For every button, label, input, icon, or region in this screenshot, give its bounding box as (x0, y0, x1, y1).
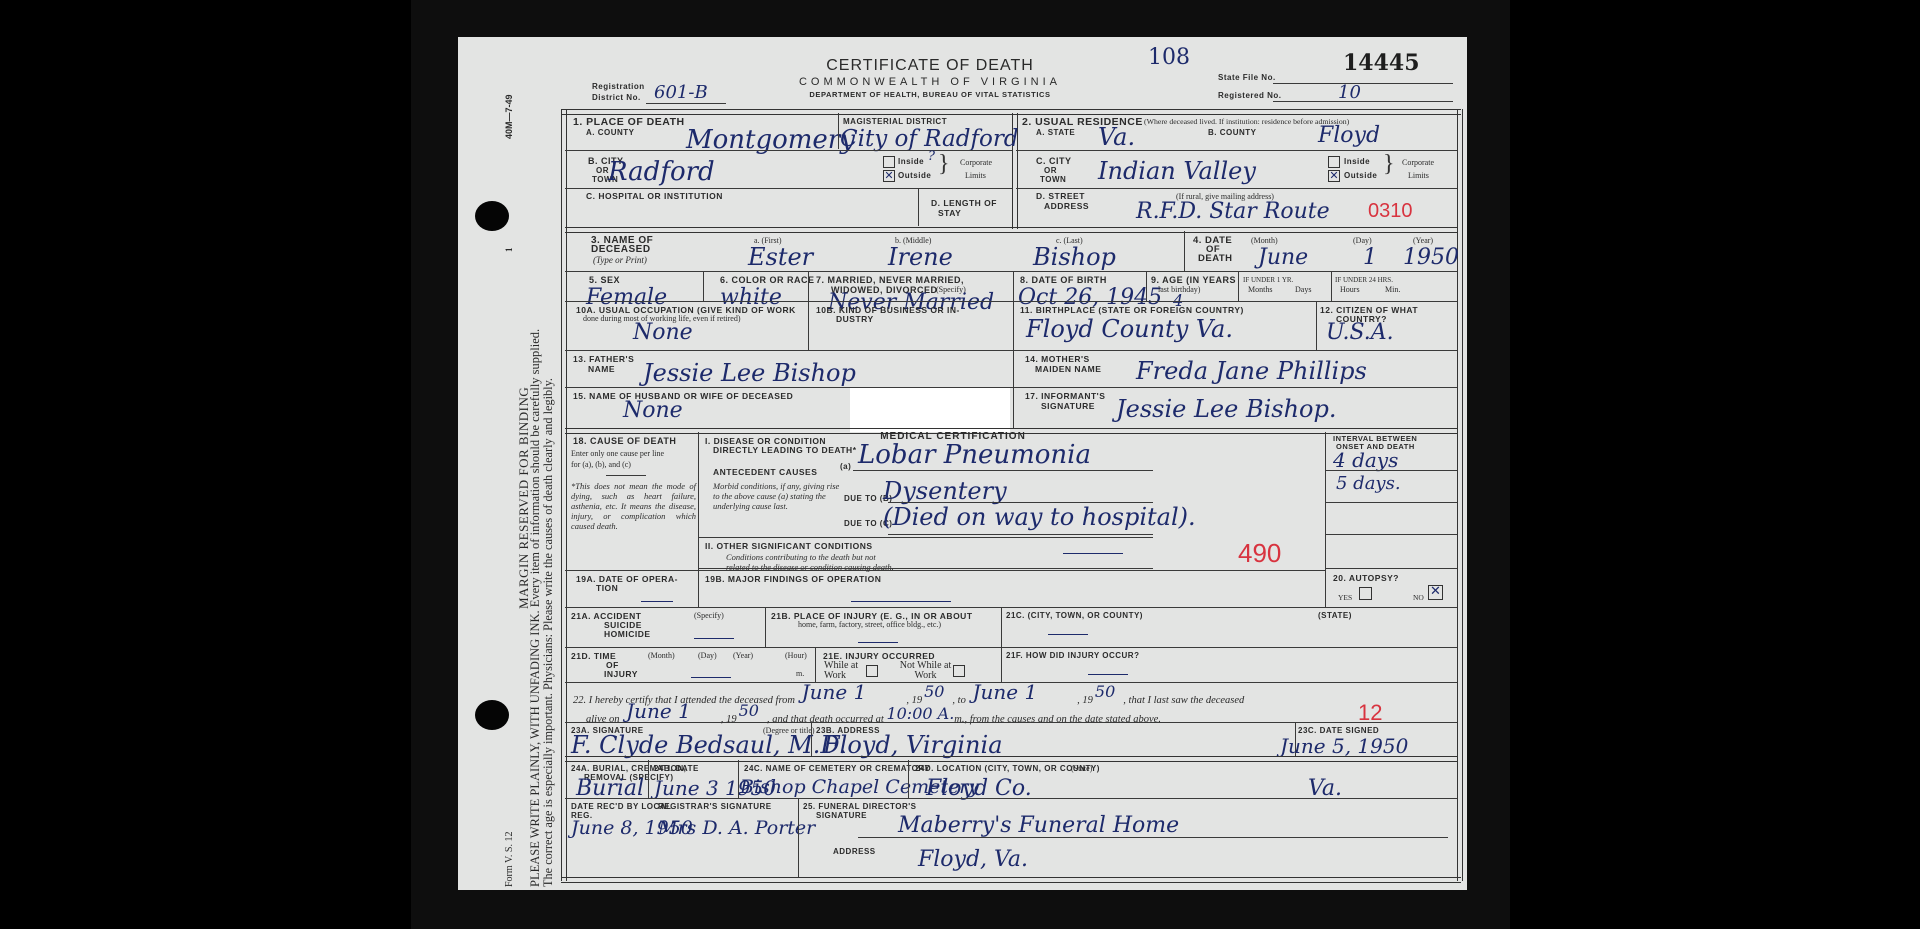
last-seen-alive: June 1 (622, 699, 721, 723)
date-signed: June 5, 1950 (1280, 736, 1408, 756)
interval-b: 5 days. (1336, 475, 1401, 493)
cause-a: Lobar Pneumonia (858, 442, 1091, 468)
spouse-name: None (623, 400, 683, 422)
burial-location: Floyd Co. (926, 778, 1032, 800)
cause-footnote: *This does not mean the mode of dying, s… (571, 481, 696, 531)
district-label: District No. (592, 93, 641, 103)
autopsy-no-checkbox[interactable]: ✕ (1428, 585, 1443, 600)
residence-state: Va. (1098, 125, 1135, 149)
death-day: 1 (1363, 247, 1377, 269)
attended-to: June 1 (968, 680, 1077, 704)
outside-limits-checkbox[interactable]: ✕ (883, 170, 895, 182)
father-name: Jessie Lee Bishop (643, 361, 856, 385)
department-name: Department of Health, Bureau of Vital St… (730, 90, 1130, 99)
death-city: Radford (608, 159, 715, 185)
not-while-at-work-checkbox[interactable] (953, 665, 965, 677)
physician-address: Floyd, Virginia (823, 733, 1003, 757)
state-file-label: State File No. (1218, 73, 1276, 83)
binding-hole (475, 700, 509, 730)
funeral-home-address: Floyd, Va. (918, 849, 1028, 871)
last-name: Bishop (1033, 245, 1116, 269)
certification-code: 12 (1358, 702, 1382, 724)
registration-label: Registration (592, 82, 645, 92)
funeral-home: Maberry's Funeral Home (898, 815, 1179, 837)
mother-maiden-name: Freda Jane Phillips (1136, 359, 1367, 383)
disposition-type: Burial (576, 778, 644, 800)
residence-code: 0310 (1368, 201, 1413, 221)
binding-hole (475, 201, 509, 231)
certificate-subtitle: Commonwealth of Virginia (730, 76, 1130, 88)
registrar-signature: Mrs D. A. Porter (658, 819, 815, 838)
residence-outside-checkbox[interactable]: ✕ (1328, 170, 1340, 182)
certificate-title: Certificate of Death (730, 57, 1130, 75)
death-year: 1950 (1403, 247, 1459, 269)
time-of-death: 10:00 A. (886, 704, 954, 723)
interval-a: 4 days (1333, 450, 1398, 470)
magisterial-district: City of Radford (840, 128, 1019, 151)
place-of-death-label: 1. Place of Death (573, 117, 685, 127)
redaction-box (850, 388, 1010, 432)
physician-signature: F. Clyde Bedsaul, M.D. (571, 733, 846, 757)
print-code: 40M—7-49 (504, 94, 514, 139)
middle-name: Irene (888, 245, 953, 269)
citizenship: U.S.A. (1326, 322, 1394, 344)
attended-from: June 1 (798, 680, 907, 704)
informant-signature: Jessie Lee Bishop. (1116, 397, 1336, 421)
margin-instruction-2: The correct age is especially important.… (541, 378, 556, 887)
death-certificate: Form V. S. 12 40M—7-49 1 Margin Reserved… (458, 37, 1467, 890)
residence-street: R.F.D. Star Route (1136, 201, 1330, 223)
occupation: None (633, 322, 693, 344)
cause-code: 490 (1238, 540, 1281, 566)
residence-inside-checkbox[interactable] (1328, 156, 1340, 168)
residence-county: Floyd (1318, 125, 1380, 147)
death-month: June (1258, 247, 1308, 269)
registered-number: 10 (1338, 84, 1361, 102)
burial-state: Va. (1308, 778, 1342, 800)
birthplace: Floyd County Va. (1026, 317, 1233, 341)
page-marker: 1 (504, 248, 514, 253)
residence-city: Indian Valley (1098, 159, 1256, 183)
while-at-work-checkbox[interactable] (866, 665, 878, 677)
first-name: Ester (748, 245, 813, 269)
autopsy-yes-checkbox[interactable] (1359, 587, 1372, 600)
form-number: Form V. S. 12 (504, 832, 515, 887)
cause-b: Dysentery (883, 479, 1007, 503)
district-number: 601-B (654, 84, 708, 102)
handwritten-number: 108 (1148, 47, 1190, 69)
inside-limits-checkbox[interactable] (883, 156, 895, 168)
registered-label: Registered No. (1218, 91, 1281, 101)
state-file-number: 14445 (1343, 50, 1420, 76)
cause-c: (Died on way to hospital). (883, 505, 1196, 529)
